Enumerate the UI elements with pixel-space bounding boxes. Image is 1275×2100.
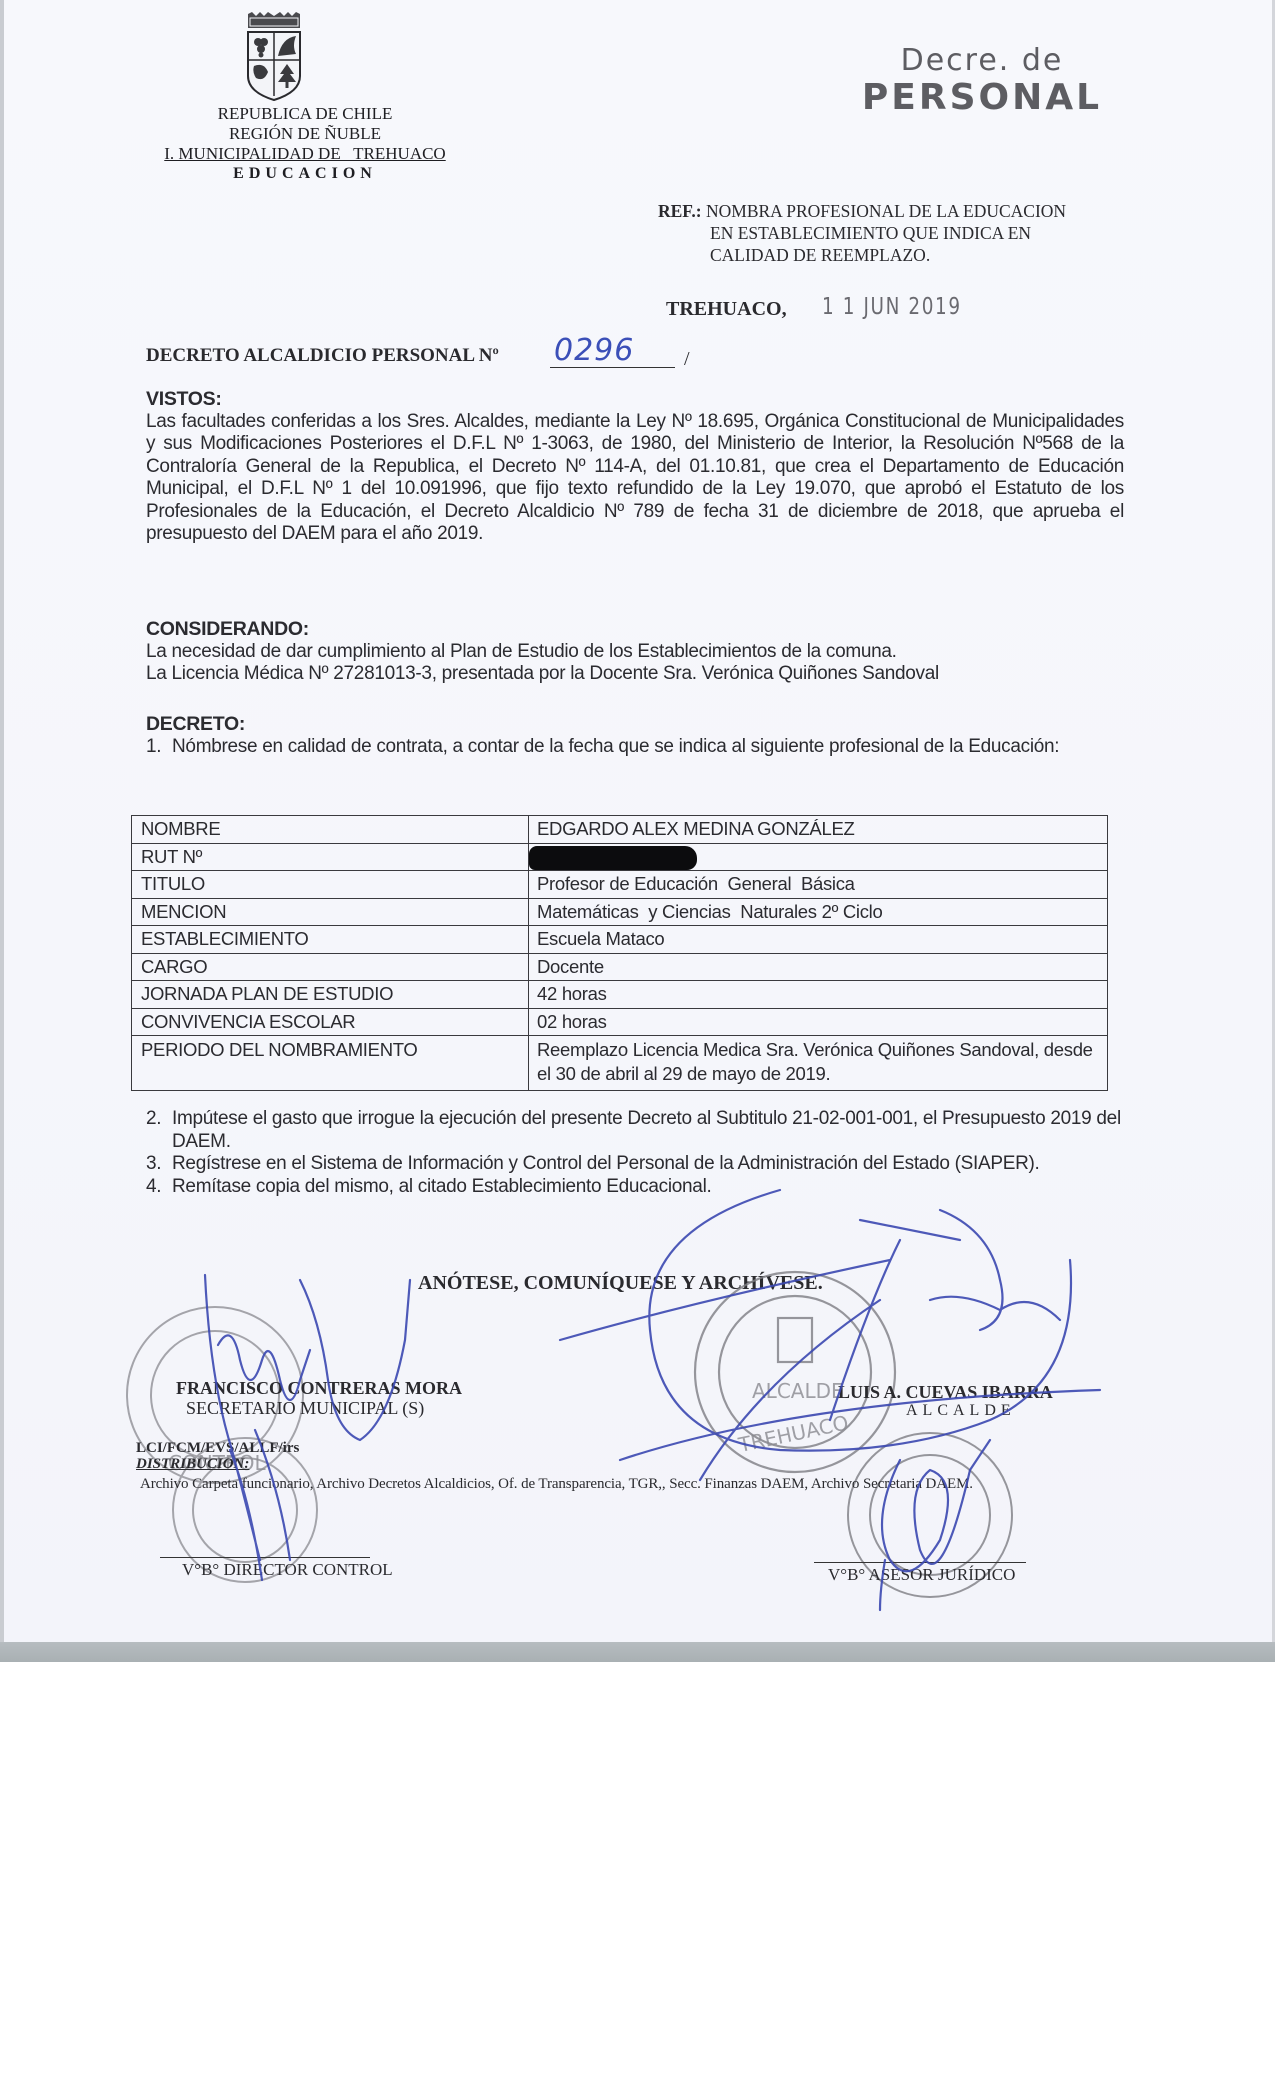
decreto-title: DECRETO: xyxy=(146,713,1124,736)
row-value: EDGARDO ALEX MEDINA GONZÁLEZ xyxy=(529,816,1108,844)
decreto-item-4: 4. Remítase copia del mismo, al citado E… xyxy=(146,1176,1124,1199)
control-signature-line xyxy=(160,1557,370,1558)
municipal-crest-icon xyxy=(238,10,310,102)
considerando-line-1: La necesidad de dar cumplimiento al Plan… xyxy=(146,641,1124,664)
item-text: Nómbrese en calidad de contrata, a conta… xyxy=(172,736,1124,759)
republic-line: REPUBLICA DE CHILE xyxy=(140,104,470,124)
table-row: RUT Nº xyxy=(132,843,1108,871)
redaction-mark xyxy=(529,846,697,870)
table-row: CONVIVENCIA ESCOLAR02 horas xyxy=(132,1008,1108,1036)
item-number: 1. xyxy=(146,736,172,759)
vistos-section: VISTOS: Las facultades conferidas a los … xyxy=(146,388,1124,546)
item-number: 3. xyxy=(146,1153,172,1176)
row-label: JORNADA PLAN DE ESTUDIO xyxy=(132,981,529,1009)
row-label: PERIODO DEL NOMBRAMIENTO xyxy=(132,1036,529,1091)
table-row: MENCIONMatemáticas y Ciencias Naturales … xyxy=(132,898,1108,926)
distribution-list: Archivo Carpeta funcionario, Archivo Dec… xyxy=(140,1476,973,1493)
decreto-item-3: 3. Regístrese en el Sistema de Informaci… xyxy=(146,1153,1124,1176)
drafting-initials: LCI/FCM/EVS/ALLF/irs xyxy=(136,1440,299,1457)
decreto-items-continued: 2. Impútese el gasto que irrogue la ejec… xyxy=(146,1108,1124,1198)
mayor-name: LUIS A. CUEVAS IBARRA xyxy=(838,1382,1053,1403)
table-row: CARGODocente xyxy=(132,953,1108,981)
closing-formula: ANÓTESE, COMUNÍQUESE Y ARCHÍVESE. xyxy=(418,1272,823,1295)
row-value: Escuela Mataco xyxy=(529,926,1108,954)
row-value: Docente xyxy=(529,953,1108,981)
department-line: EDUCACION xyxy=(140,164,470,184)
date-stamp: 1 1 JUN 2019 xyxy=(822,294,962,320)
row-value: 42 horas xyxy=(529,981,1108,1009)
row-label: CARGO xyxy=(132,953,529,981)
scanner-bottom-band xyxy=(0,1642,1275,1662)
row-label: ESTABLECIMIENTO xyxy=(132,926,529,954)
item-text: Impútese el gasto que irrogue la ejecuci… xyxy=(172,1108,1124,1153)
vistos-text: Las facultades conferidas a los Sres. Al… xyxy=(146,411,1124,546)
appointment-table: NOMBREEDGARDO ALEX MEDINA GONZÁLEZ RUT N… xyxy=(131,815,1108,1091)
region-line: REGIÓN DE ÑUBLE xyxy=(140,124,470,144)
mayor-role: ALCALDE xyxy=(906,1402,1016,1420)
row-value: Reemplazo Licencia Medica Sra. Verónica … xyxy=(529,1036,1108,1091)
row-label: TITULO xyxy=(132,871,529,899)
item-text: Regístrese en el Sistema de Información … xyxy=(172,1153,1124,1176)
reference-block: REF.: NOMBRA PROFESIONAL DE LA EDUCACION… xyxy=(658,200,1128,266)
table-row: JORNADA PLAN DE ESTUDIO42 horas xyxy=(132,981,1108,1009)
row-value: 02 horas xyxy=(529,1008,1108,1036)
page-edge-left xyxy=(0,0,4,1642)
secretary-name: FRANCISCO CONTRERAS MORA xyxy=(176,1378,462,1399)
decreto-item-1: 1. Nómbrese en calidad de contrata, a co… xyxy=(146,736,1124,759)
item-number: 2. xyxy=(146,1108,172,1153)
row-label: MENCION xyxy=(132,898,529,926)
secretary-role: SECRETARIO MUNICIPAL (S) xyxy=(186,1398,424,1419)
table-row: TITULOProfesor de Educación General Bási… xyxy=(132,871,1108,899)
row-label: RUT Nº xyxy=(132,843,529,871)
distribution-label: DISTRIBUCION: xyxy=(136,1456,249,1473)
ref-line-1: NOMBRA PROFESIONAL DE LA EDUCACION xyxy=(706,201,1066,221)
decree-number-suffix: / xyxy=(684,348,690,371)
vb-director-control: V°B° DIRECTOR CONTROL xyxy=(182,1560,393,1580)
decree-number-handwritten: 0296 xyxy=(550,334,675,368)
juridico-signature-line xyxy=(814,1562,1026,1563)
row-value: Matemáticas y Ciencias Naturales 2º Cicl… xyxy=(529,898,1108,926)
row-label: CONVIVENCIA ESCOLAR xyxy=(132,1008,529,1036)
row-value xyxy=(529,843,1108,871)
row-value: Profesor de Educación General Básica xyxy=(529,871,1108,899)
decreto-section: DECRETO: 1. Nómbrese en calidad de contr… xyxy=(146,713,1124,758)
stamp-line-1: Decre. de xyxy=(842,44,1122,78)
vistos-title: VISTOS: xyxy=(146,388,1124,411)
ref-label: REF.: xyxy=(658,201,702,221)
table-row: PERIODO DEL NOMBRAMIENTOReemplazo Licenc… xyxy=(132,1036,1108,1091)
decree-number-label: DECRETO ALCALDICIO PERSONAL Nº xyxy=(146,345,499,367)
issuer-header: REPUBLICA DE CHILE REGIÓN DE ÑUBLE I. MU… xyxy=(140,104,470,184)
decreto-item-2: 2. Impútese el gasto que irrogue la ejec… xyxy=(146,1108,1124,1153)
table-row: ESTABLECIMIENTOEscuela Mataco xyxy=(132,926,1108,954)
item-number: 4. xyxy=(146,1176,172,1199)
considerando-section: CONSIDERANDO: La necesidad de dar cumpli… xyxy=(146,618,1124,686)
considerando-line-2: La Licencia Médica Nº 27281013-3, presen… xyxy=(146,663,1124,686)
place: TREHUACO, xyxy=(666,298,787,321)
row-label: NOMBRE xyxy=(132,816,529,844)
considerando-title: CONSIDERANDO: xyxy=(146,618,1124,641)
municipality-line: I. MUNICIPALIDAD DE TREHUACO xyxy=(140,144,470,164)
vb-asesor-juridico: V°B° ASESOR JURÍDICO xyxy=(828,1565,1015,1585)
ref-line-3: CALIDAD DE REEMPLAZO. xyxy=(658,244,1128,266)
stamp-line-2: PERSONAL xyxy=(842,78,1122,118)
decree-type-stamp: Decre. de PERSONAL xyxy=(842,44,1122,118)
ref-line-2: EN ESTABLECIMIENTO QUE INDICA EN xyxy=(658,222,1128,244)
table-row: NOMBREEDGARDO ALEX MEDINA GONZÁLEZ xyxy=(132,816,1108,844)
item-text: Remítase copia del mismo, al citado Esta… xyxy=(172,1176,1124,1199)
